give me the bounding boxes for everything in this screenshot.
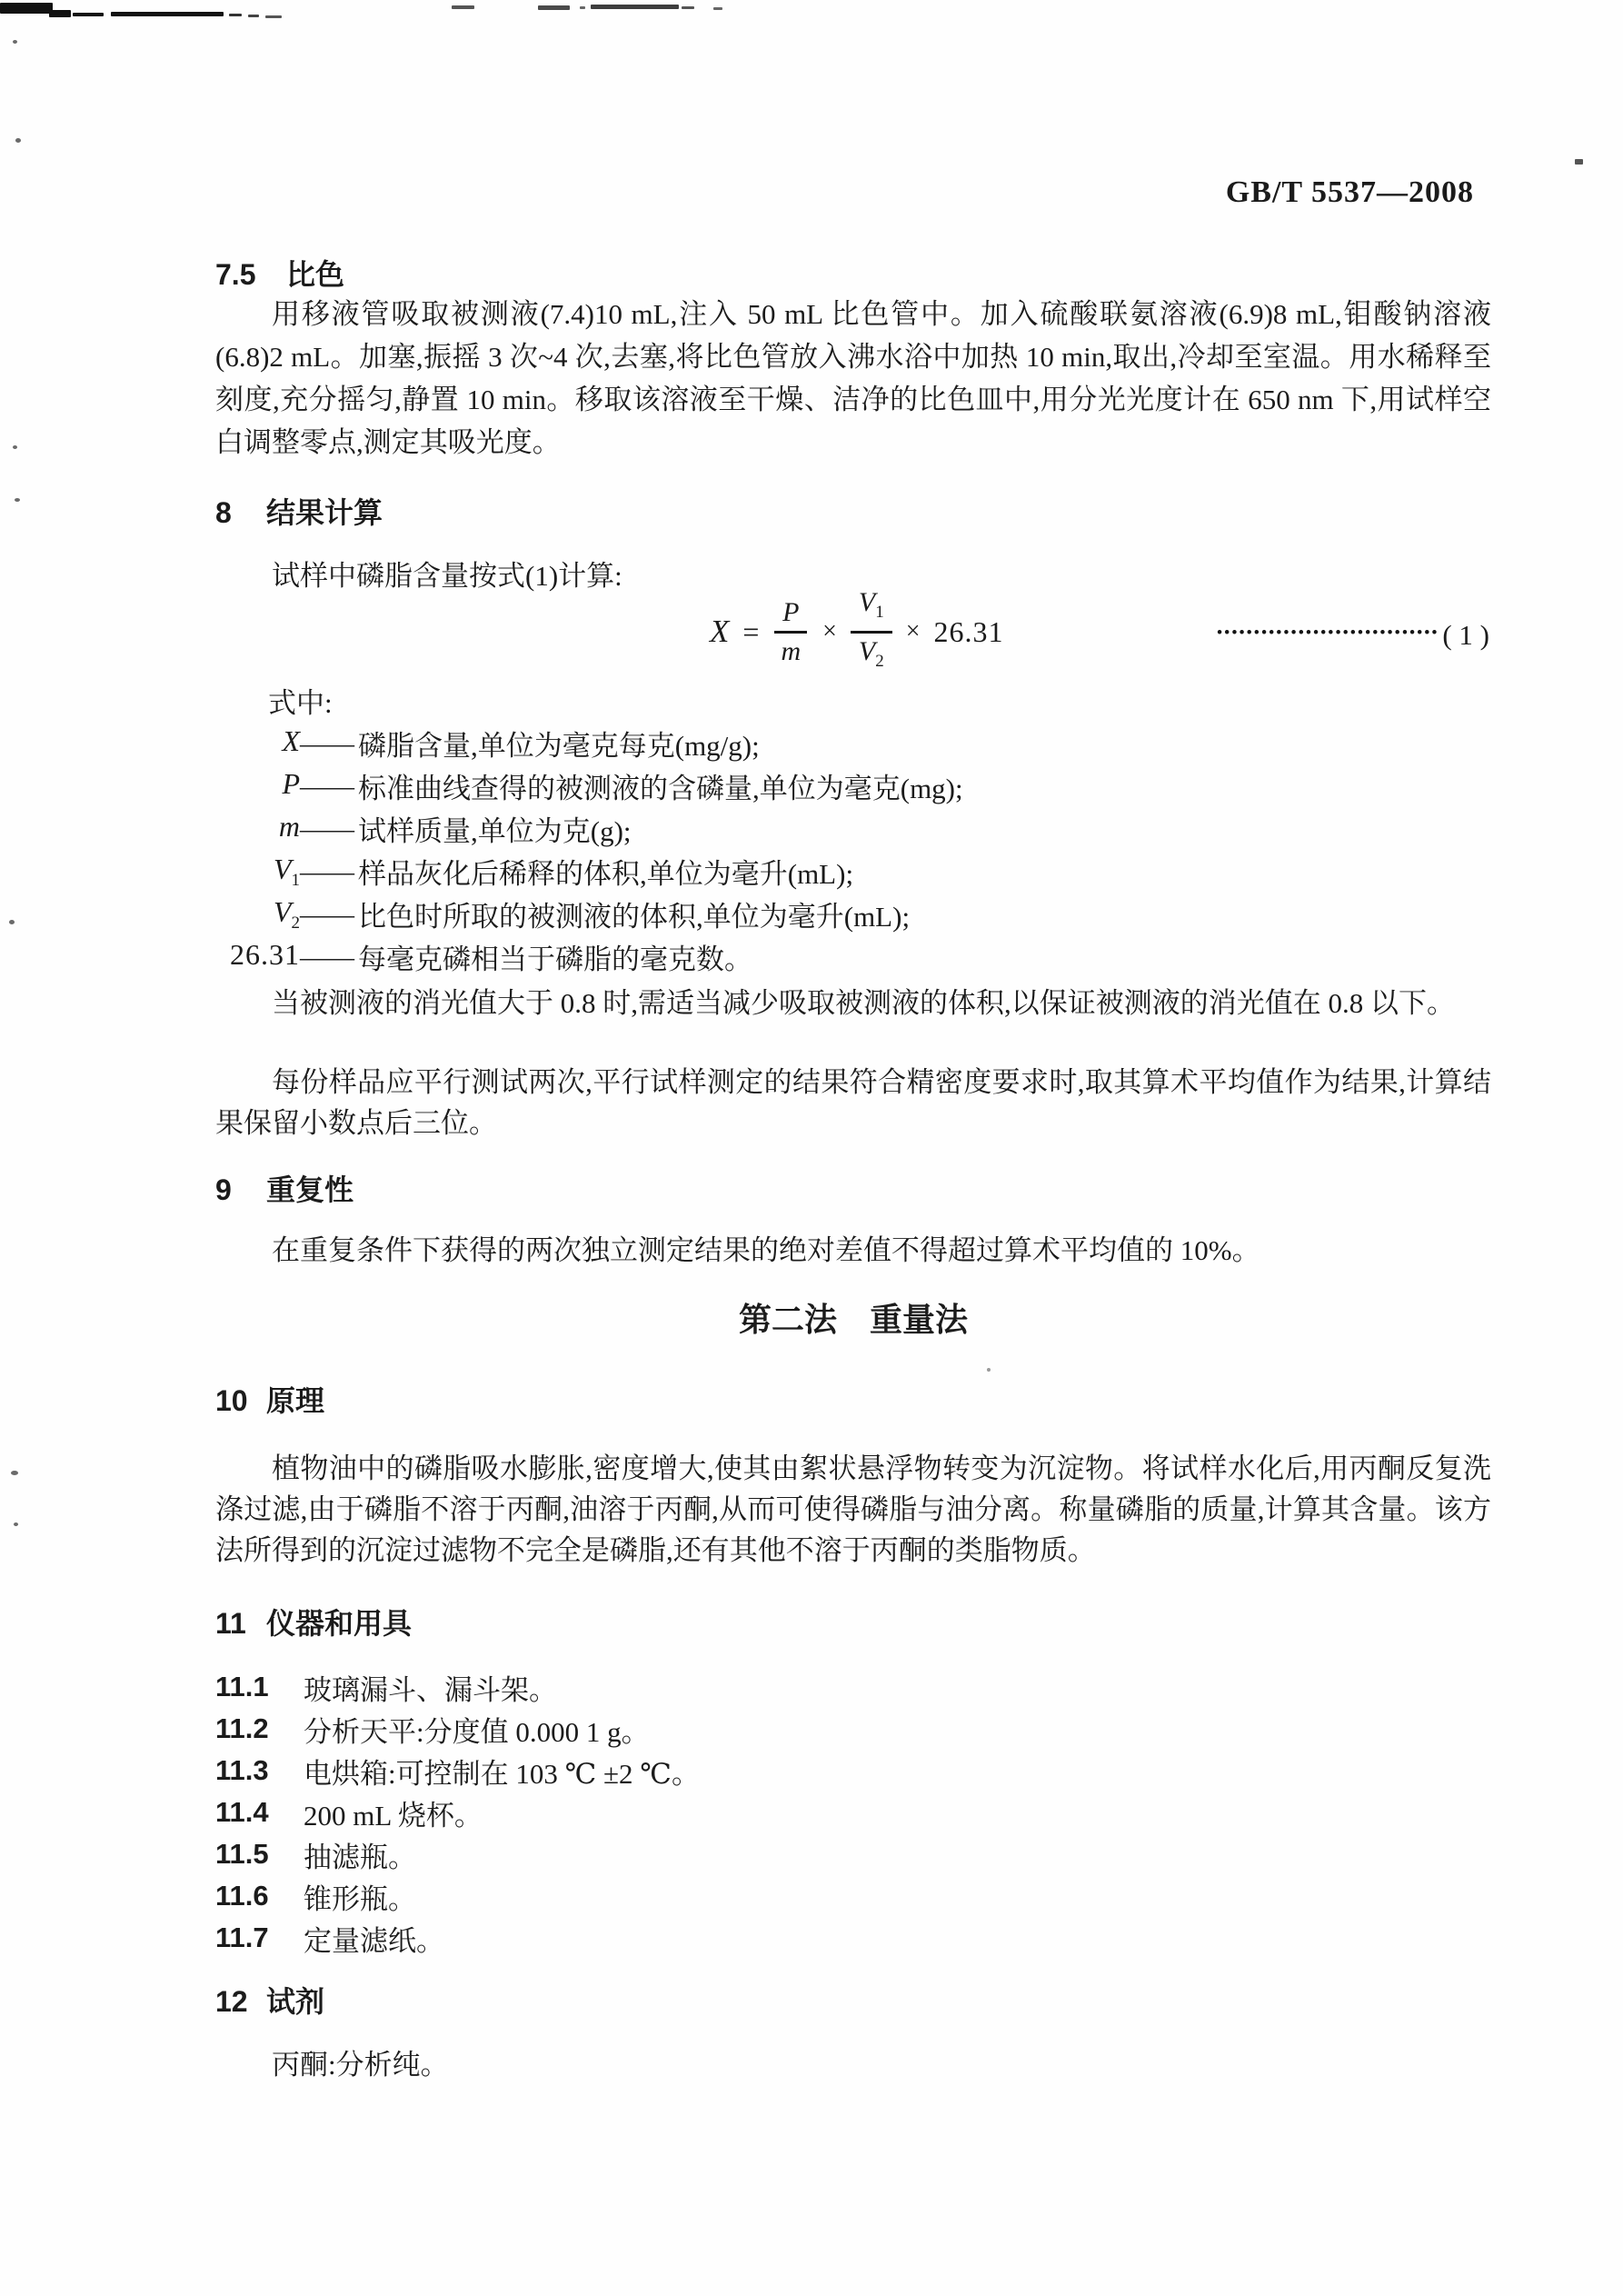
scan-artifact (11, 1471, 18, 1475)
scan-artifact (682, 6, 694, 9)
scan-artifact (111, 12, 224, 16)
clause-title: 比色 (286, 258, 344, 291)
item-number: 11.2 (215, 1712, 304, 1745)
definition-dash: —— (300, 813, 358, 845)
where-label: 式中: (215, 680, 1544, 721)
list-item: 11.4 200 mL 烧杯。 (215, 1792, 1491, 1833)
clause-10-heading: 10原理 (215, 1383, 1491, 1419)
fraction-numerator: P (774, 596, 807, 634)
scan-artifact (15, 138, 21, 143)
list-item: 11.7 定量滤纸。 (215, 1917, 1491, 1959)
scan-artifact (591, 5, 679, 9)
item-text: 200 mL 烧杯。 (304, 1792, 483, 1833)
leader-dots: •••••••••••••••••••••••••••••• (1217, 624, 1439, 644)
symbol: X (215, 724, 300, 763)
fraction-denominator: V2 (851, 634, 892, 678)
formula-lhs: X (710, 614, 729, 650)
clause-7-5-heading: 7.5比色 (215, 256, 1491, 293)
symbol: 26.31 (215, 938, 300, 976)
clause-10-paragraph: 植物油中的磷脂吸水膨胀,密度增大,使其由絮状悬浮物转变为沉淀物。将试样水化后,用… (215, 1448, 1491, 1571)
definition-dash: —— (300, 727, 358, 760)
equation-number: ( 1 ) (1442, 619, 1489, 652)
clause-number: 9 (215, 1172, 266, 1208)
clause-title: 重复性 (266, 1173, 353, 1206)
item-number: 11.3 (215, 1754, 304, 1787)
fraction-p-over-m: P m (772, 596, 809, 668)
fraction-v1-over-v2: V1 V2 (851, 586, 892, 678)
item-number: 11.4 (215, 1796, 304, 1829)
definition-row: P —— 标准曲线查得的被测液的含磷量,单位为毫克(mg); (215, 764, 1491, 807)
scan-artifact (713, 7, 722, 10)
scan-artifact (452, 5, 474, 9)
item-number: 11.1 (215, 1671, 304, 1703)
definition-text: 样品灰化后稀释的体积,单位为毫升(mL); (358, 851, 853, 892)
list-item: 11.6 锥形瓶。 (215, 1875, 1491, 1917)
scan-artifact (13, 445, 17, 449)
formula-1: X = P m × V1 V2 × 26.31 ••••••••••••••••… (215, 586, 1491, 683)
clause-12-paragraph: 丙酮:分析纯。 (215, 2044, 1491, 2085)
page-header: GB/T 5537—2008 (215, 175, 1491, 210)
clause-9-heading: 9重复性 (215, 1172, 1491, 1208)
scan-artifact (248, 15, 259, 17)
fraction-numerator: V1 (851, 586, 892, 634)
item-text: 抽滤瓶。 (304, 1834, 416, 1875)
definition-row: V1 —— 样品灰化后稀释的体积,单位为毫升(mL); (215, 850, 1491, 893)
equation-reference: •••••••••••••••••••••••••••••• ( 1 ) (1217, 619, 1489, 652)
definition-row: X —— 磷脂含量,单位为毫克每克(mg/g); (215, 722, 1491, 764)
item-text: 分析天平:分度值 0.000 1 g。 (304, 1709, 650, 1750)
scan-artifact (538, 5, 570, 10)
scan-artifact (13, 40, 17, 44)
definition-text: 比色时所取的被测液的体积,单位为毫升(mL); (358, 893, 910, 934)
scan-artifact (14, 1522, 18, 1526)
clause-number: 8 (215, 494, 266, 531)
clause-12-heading: 12试剂 (215, 1983, 1491, 2020)
definition-text: 每毫克磷相当于磷脂的毫克数。 (358, 936, 752, 977)
item-number: 11.6 (215, 1880, 304, 1912)
scan-artifact (49, 10, 71, 17)
scan-artifact (9, 920, 15, 924)
clause-number: 11 (215, 1605, 266, 1642)
clause-title: 原理 (266, 1384, 324, 1417)
item-number: 11.5 (215, 1838, 304, 1871)
list-item: 11.1 玻璃漏斗、漏斗架。 (215, 1666, 1491, 1708)
document-page: GB/T 5537—2008 7.5比色 用移液管吸取被测液(7.4)10 mL… (0, 0, 1623, 2296)
scan-artifact (229, 14, 242, 16)
clause-title: 试剂 (266, 1985, 324, 2018)
scan-artifact (0, 3, 53, 14)
clause-number: 10 (215, 1383, 266, 1419)
item-number: 11.7 (215, 1922, 304, 1954)
formula-constant: 26.31 (934, 615, 1004, 649)
clause-title: 结果计算 (266, 496, 383, 529)
symbol: V1 (215, 853, 300, 891)
clause-number: 12 (215, 1983, 266, 2020)
clause-8-heading: 8结果计算 (215, 494, 1491, 531)
definition-row: m —— 试样质量,单位为克(g); (215, 807, 1491, 850)
definition-text: 磷脂含量,单位为毫克每克(mg/g); (358, 723, 760, 764)
clause-7-5-paragraph: 用移液管吸取被测液(7.4)10 mL,注入 50 mL 比色管中。加入硫酸联氨… (215, 293, 1491, 464)
definition-dash: —— (300, 941, 358, 973)
scan-artifact (15, 498, 20, 502)
scan-artifact (1575, 159, 1583, 165)
definition-text: 试样质量,单位为克(g); (358, 808, 632, 849)
definition-row: V2 —— 比色时所取的被测液的体积,单位为毫升(mL); (215, 893, 1491, 935)
scan-artifact (987, 1368, 991, 1372)
definition-row: 26.31 —— 每毫克磷相当于磷脂的毫克数。 (215, 935, 1491, 978)
clause-11-items: 11.1 玻璃漏斗、漏斗架。 11.2 分析天平:分度值 0.000 1 g。 … (215, 1666, 1491, 1959)
symbol-definitions: X —— 磷脂含量,单位为毫克每克(mg/g); P —— 标准曲线查得的被测液… (215, 722, 1491, 978)
formula-expression: X = P m × V1 V2 × 26.31 (710, 586, 1004, 677)
definition-text: 标准曲线查得的被测液的含磷量,单位为毫克(mg); (358, 765, 963, 806)
scan-artifact (265, 15, 282, 18)
fraction-denominator: m (772, 634, 809, 668)
item-text: 定量滤纸。 (304, 1918, 444, 1959)
method-2-heading: 第二法 重量法 (215, 1294, 1491, 1341)
symbol: P (215, 767, 300, 805)
item-text: 电烘箱:可控制在 103 ℃ ±2 ℃。 (304, 1751, 700, 1792)
item-text: 锥形瓶。 (304, 1876, 416, 1917)
list-item: 11.3 电烘箱:可控制在 103 ℃ ±2 ℃。 (215, 1750, 1491, 1792)
list-item: 11.2 分析天平:分度值 0.000 1 g。 (215, 1708, 1491, 1750)
equals-sign: = (742, 615, 759, 649)
definition-dash: —— (300, 898, 358, 931)
multiply-sign: × (822, 617, 837, 646)
item-text: 玻璃漏斗、漏斗架。 (304, 1667, 557, 1708)
standard-number: GB/T 5537—2008 (1226, 175, 1474, 209)
list-item: 11.5 抽滤瓶。 (215, 1833, 1491, 1875)
definition-dash: —— (300, 770, 358, 803)
clause-number: 7.5 (215, 256, 286, 293)
multiply-sign: × (906, 617, 921, 646)
clause-8-note-1: 当被测液的消光值大于 0.8 时,需适当减少吸取被测液的体积,以保证被测液的消光… (215, 983, 1491, 1023)
symbol: m (215, 810, 300, 848)
clause-11-heading: 11仪器和用具 (215, 1605, 1491, 1642)
clause-8-note-2: 每份样品应平行测试两次,平行试样测定的结果符合精密度要求时,取其算术平均值作为结… (215, 1062, 1491, 1143)
scan-artifact (580, 6, 585, 9)
clause-9-paragraph: 在重复条件下获得的两次独立测定结果的绝对差值不得超过算术平均值的 10%。 (215, 1230, 1491, 1271)
symbol: V2 (215, 895, 300, 933)
clause-title: 仪器和用具 (266, 1607, 412, 1640)
scan-artifact (73, 13, 104, 16)
definition-dash: —— (300, 855, 358, 888)
